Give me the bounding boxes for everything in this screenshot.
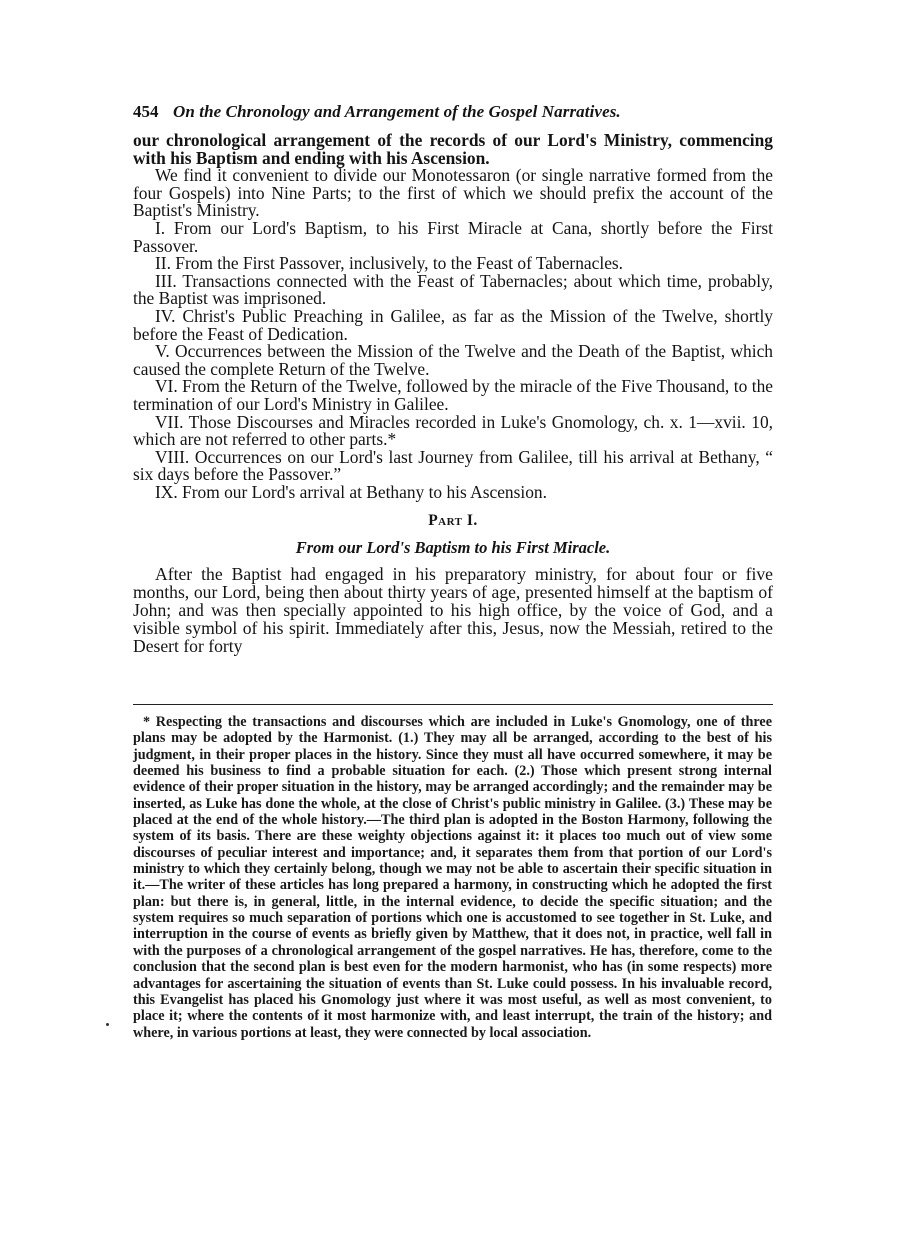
part-heading: Part I.	[133, 512, 773, 530]
part-one-paragraph: After the Baptist had engaged in his pre…	[133, 566, 773, 655]
page-content: 454 On the Chronology and Arrangement of…	[133, 102, 773, 655]
margin-mark	[106, 1023, 109, 1026]
parts-list-item: VI. From the Return of the Twelve, follo…	[133, 378, 773, 413]
division-paragraph: We find it convenient to divide our Mono…	[133, 167, 773, 220]
parts-list-item: IX. From our Lord's arrival at Bethany t…	[133, 484, 773, 502]
continuation-paragraph: our chronological arrangement of the rec…	[133, 132, 773, 167]
footnote-text: Respecting the transactions and discours…	[133, 714, 772, 1041]
parts-list-item: IV. Christ's Public Preaching in Galilee…	[133, 308, 773, 343]
footnote-divider	[133, 704, 773, 705]
parts-list-item: V. Occurrences between the Mission of th…	[133, 343, 773, 378]
body-text: our chronological arrangement of the rec…	[133, 132, 773, 501]
parts-list-item: VII. Those Discourses and Miracles recor…	[133, 414, 773, 449]
parts-list-item: III. Transactions connected with the Fea…	[133, 273, 773, 308]
footnote: * Respecting the transactions and discou…	[133, 714, 772, 1041]
parts-list-item: I. From our Lord's Baptism, to his First…	[133, 220, 773, 255]
running-title: On the Chronology and Arrangement of the…	[173, 102, 621, 122]
part-subtitle: From our Lord's Baptism to his First Mir…	[133, 539, 773, 557]
footnote-mark: *	[143, 714, 150, 730]
running-head: 454 On the Chronology and Arrangement of…	[133, 102, 773, 128]
page-number: 454	[133, 102, 173, 122]
parts-list-item: VIII. Occurrences on our Lord's last Jou…	[133, 449, 773, 484]
